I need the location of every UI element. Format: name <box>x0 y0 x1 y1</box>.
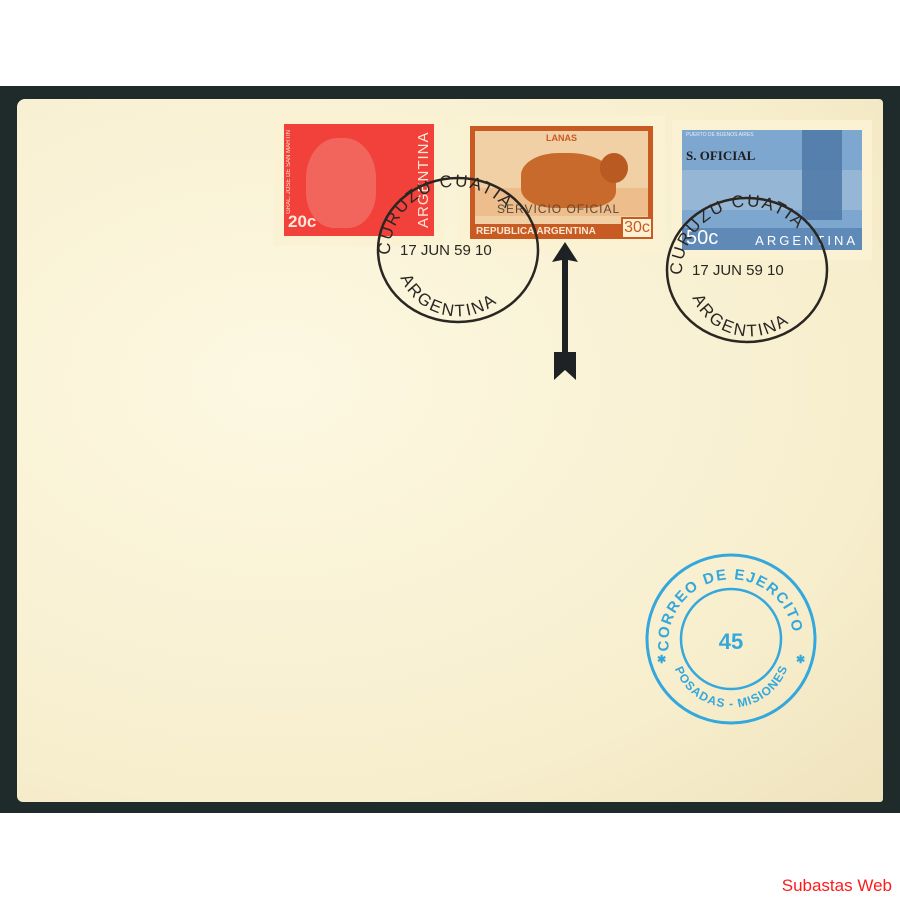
cachet-correo-de-ejercito: CORREO DE EJERCITO POSADAS - MISIONES 45… <box>643 551 819 727</box>
cachet-bottom-text: POSADAS - MISIONES <box>672 663 791 711</box>
svg-text:ARGENTINA: ARGENTINA <box>689 291 793 341</box>
postmark-1: CURUZU CUATIA ARGENTINA 17 JUN 59 10 <box>368 160 548 330</box>
postmark-country: ARGENTINA <box>689 291 793 341</box>
stamp-label: GRAL. JOSE DE SAN MARTIN <box>286 130 292 214</box>
postmark-date: 17 JUN 59 10 <box>692 262 784 279</box>
portrait-icon <box>306 138 376 228</box>
watermark: Subastas Web <box>782 876 892 896</box>
svg-text:ARGENTINA: ARGENTINA <box>397 271 501 321</box>
stamp-label: PUERTO DE BUENOS AIRES <box>686 132 754 138</box>
svg-text:POSADAS - MISIONES: POSADAS - MISIONES <box>672 663 791 711</box>
postmark-2: CURUZU CUATIA ARGENTINA 17 JUN 59 10 <box>660 180 835 350</box>
stamp-overprint: S. OFICIAL <box>686 148 755 164</box>
stamp-value: 20c <box>288 212 316 232</box>
stamp-value: 30c <box>621 217 653 239</box>
star-icon: ✱ <box>796 654 805 666</box>
postmark-country: ARGENTINA <box>397 271 501 321</box>
star-icon: ✱ <box>657 654 666 666</box>
arrow-up-icon <box>540 240 590 385</box>
cachet-number: 45 <box>719 629 743 654</box>
postmark-date: 17 JUN 59 10 <box>400 242 492 259</box>
stamp-label: LANAS <box>475 133 648 143</box>
